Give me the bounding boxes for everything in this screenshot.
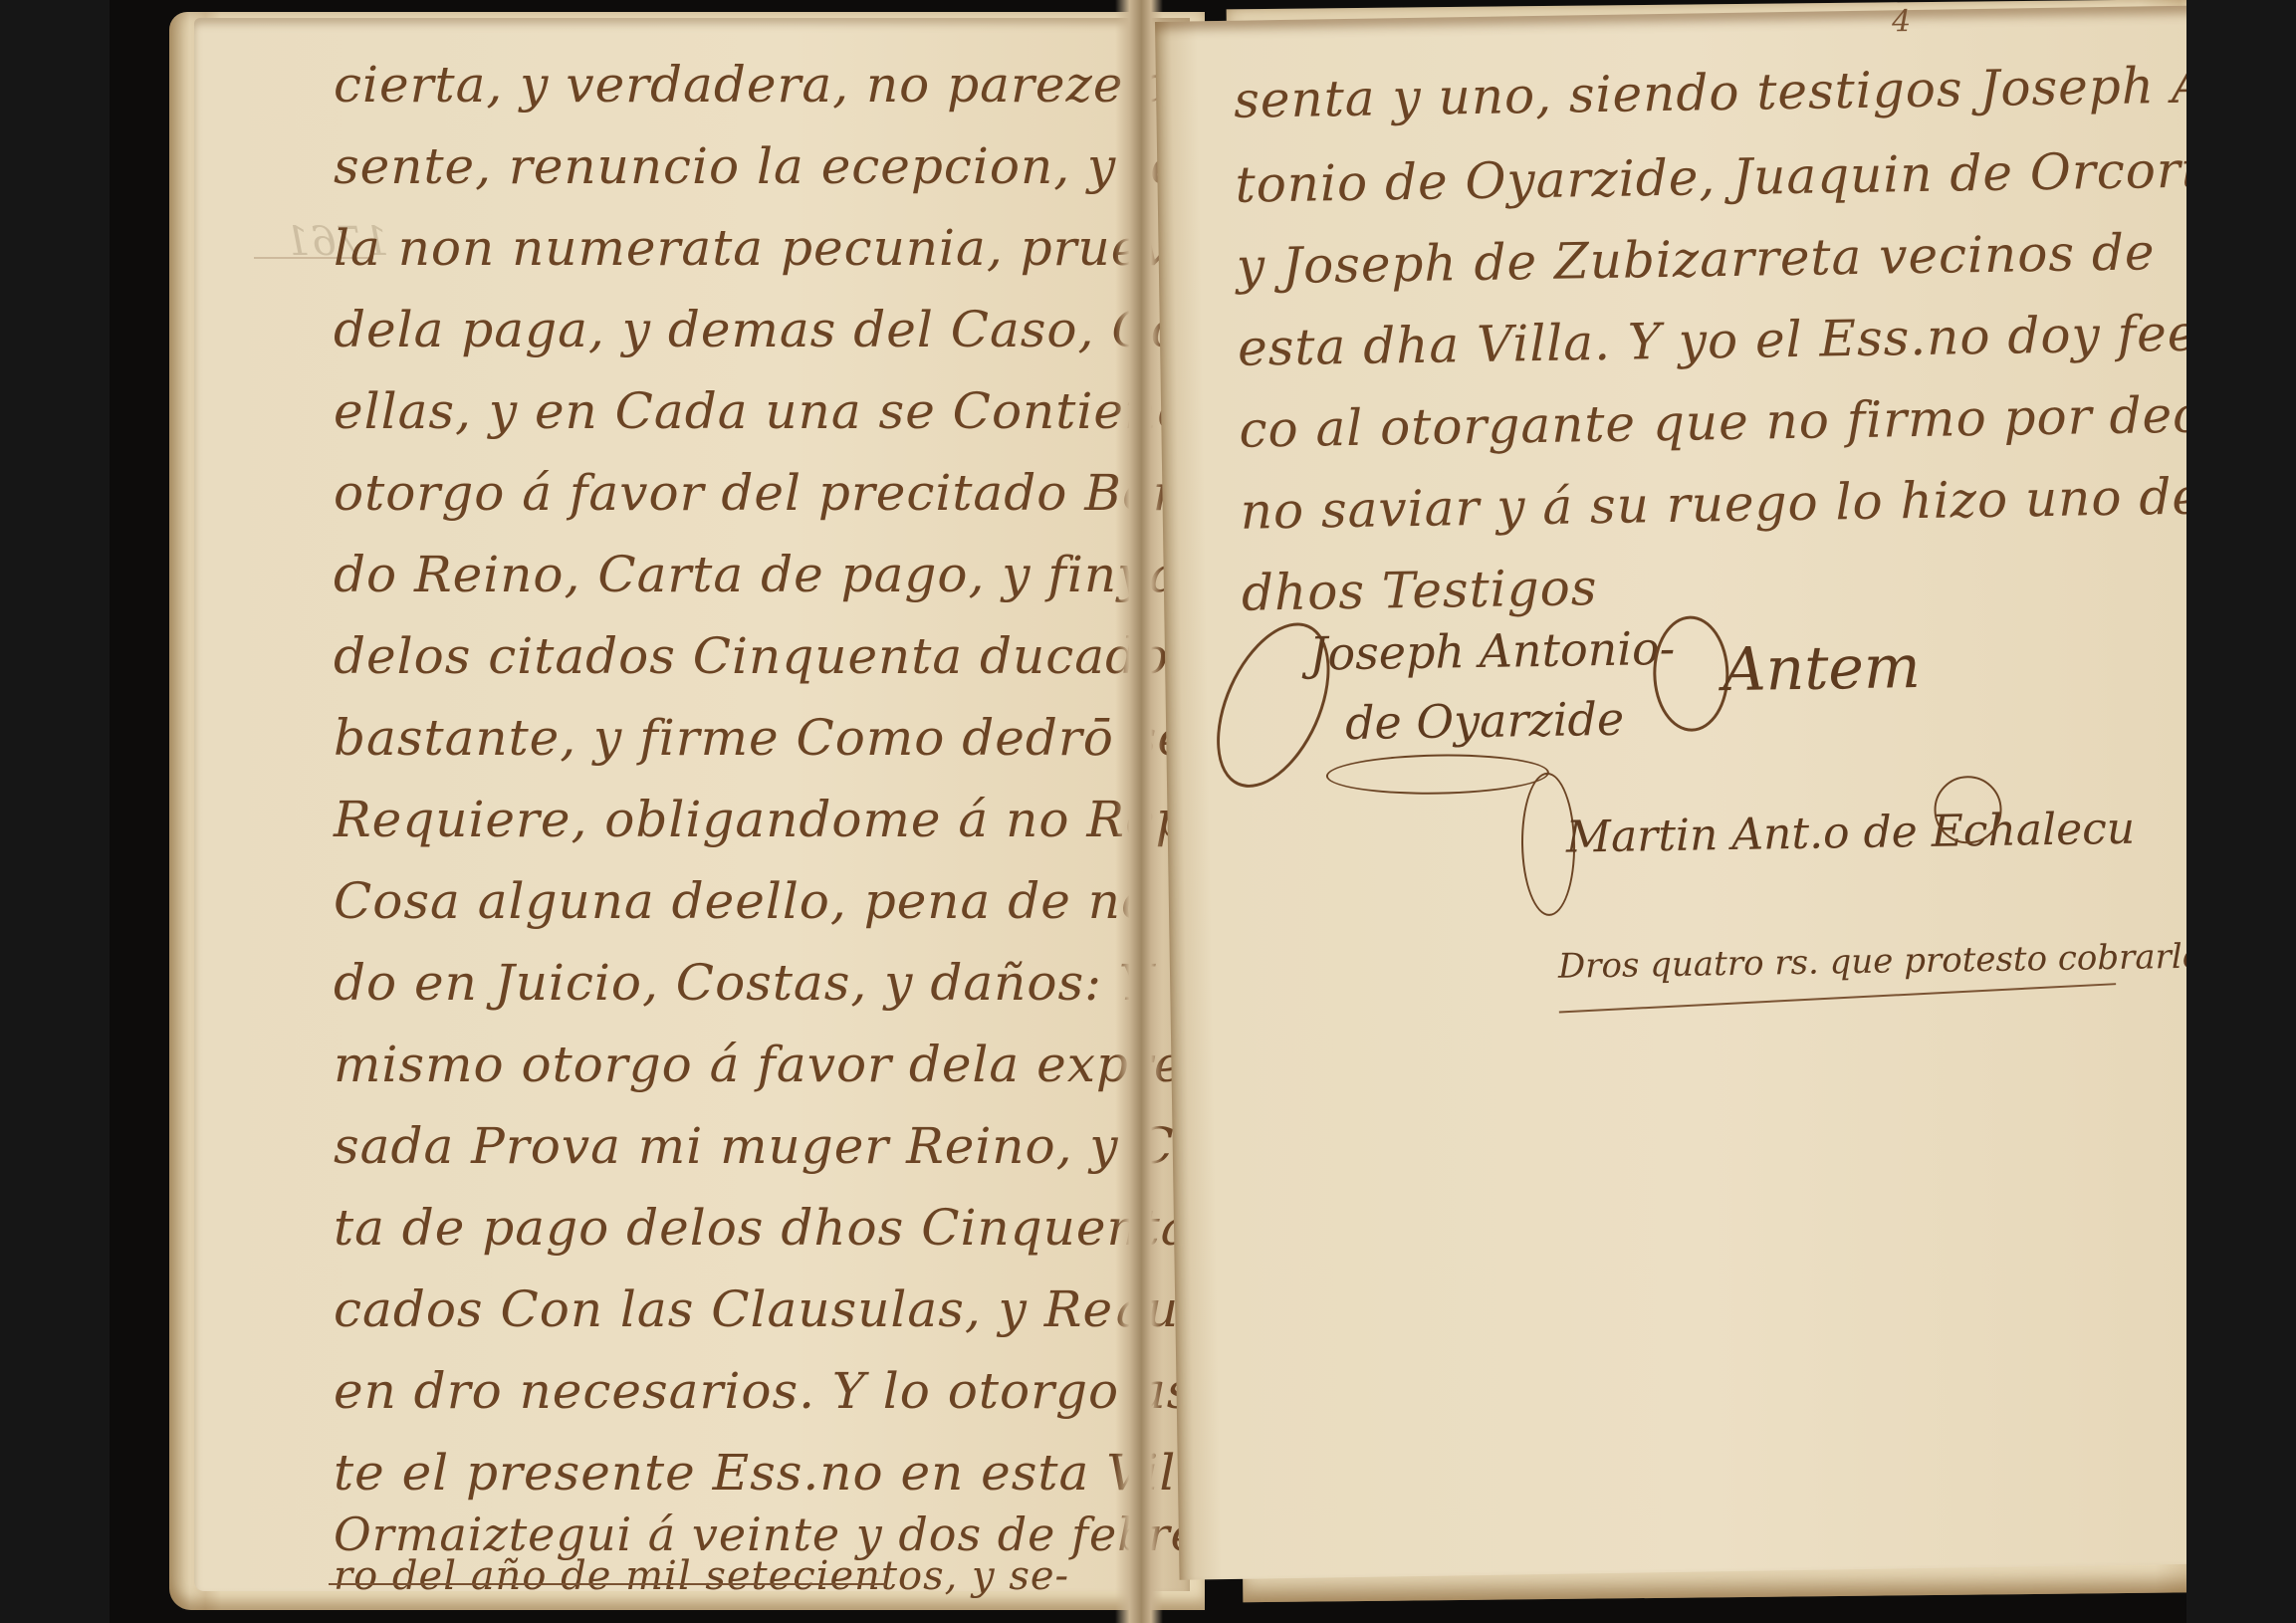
right-line-1: senta y uno, siendo testigos Joseph An- [1234,60,2186,125]
fee-note: Dros quatro rs. que protesto cobrarlo [1558,937,2186,987]
left-line-19: Ormaiztegui á veinte y dos de febre- [334,1511,1215,1557]
right-line-5: co al otorgante que no firmo por decir [1239,389,2186,455]
left-line-16: cados Con las Clausulas, y Requisitos [334,1284,1318,1334]
manuscript-photo: 1761 cierta, y verdadera, no pareze de p… [110,0,2186,1623]
right-line-2: tonio de Oyarzide, Juaquin de Orcorta [1235,144,2186,210]
note-rule [1559,983,2116,1013]
right-line-7: dhos Testigos [1242,563,1598,618]
signature-antem: Antem [1722,632,1922,705]
signature-oyarzide-line1: Joseph Antonio- [1309,621,1676,681]
right-line-4: esta dha Villa. Y yo el Ess.no doy fee C… [1238,306,2186,373]
left-line-9: bastante, y firme Como dedrō se [334,713,1188,763]
left-line-13: mismo otorgo á favor dela expre- [334,1040,1202,1089]
signature-underline-flourish [1326,753,1550,797]
left-line-3: la non numerata pecunia, prueva [334,223,1201,273]
signature-oyarzide-line2: de Oyarzide [1345,692,1625,750]
letterbox-right [2186,0,2296,1623]
closing-rule [329,1583,886,1585]
folio-number: 4 [1892,4,1912,39]
left-line-20: ro del año de mil setecientos, y se- [334,1556,1069,1596]
book-gutter [1115,0,1163,1623]
right-line-6: no saviar y á su ruego lo hizo uno de [1240,472,2186,537]
left-line-5: ellas, y en Cada una se Contiene; y [334,386,1252,436]
left-line-14: sada Prova mi muger Reino, y Car- [334,1121,1248,1171]
signature-flourish-antem [1652,615,1729,732]
right-line-3: y Joseph de Zubizarreta vecinos de [1236,227,2155,291]
right-page: 4 senta y uno, siendo testigos Joseph An… [1155,5,2186,1579]
left-page: 1761 cierta, y verdadera, no pareze de p… [194,18,1190,1591]
signature-echalecu: Martin Ant.o de Echalecu [1566,804,2136,863]
letterbox-left [0,0,110,1623]
left-line-12: do en Juicio, Costas, y daños: Y asi [334,958,1244,1008]
